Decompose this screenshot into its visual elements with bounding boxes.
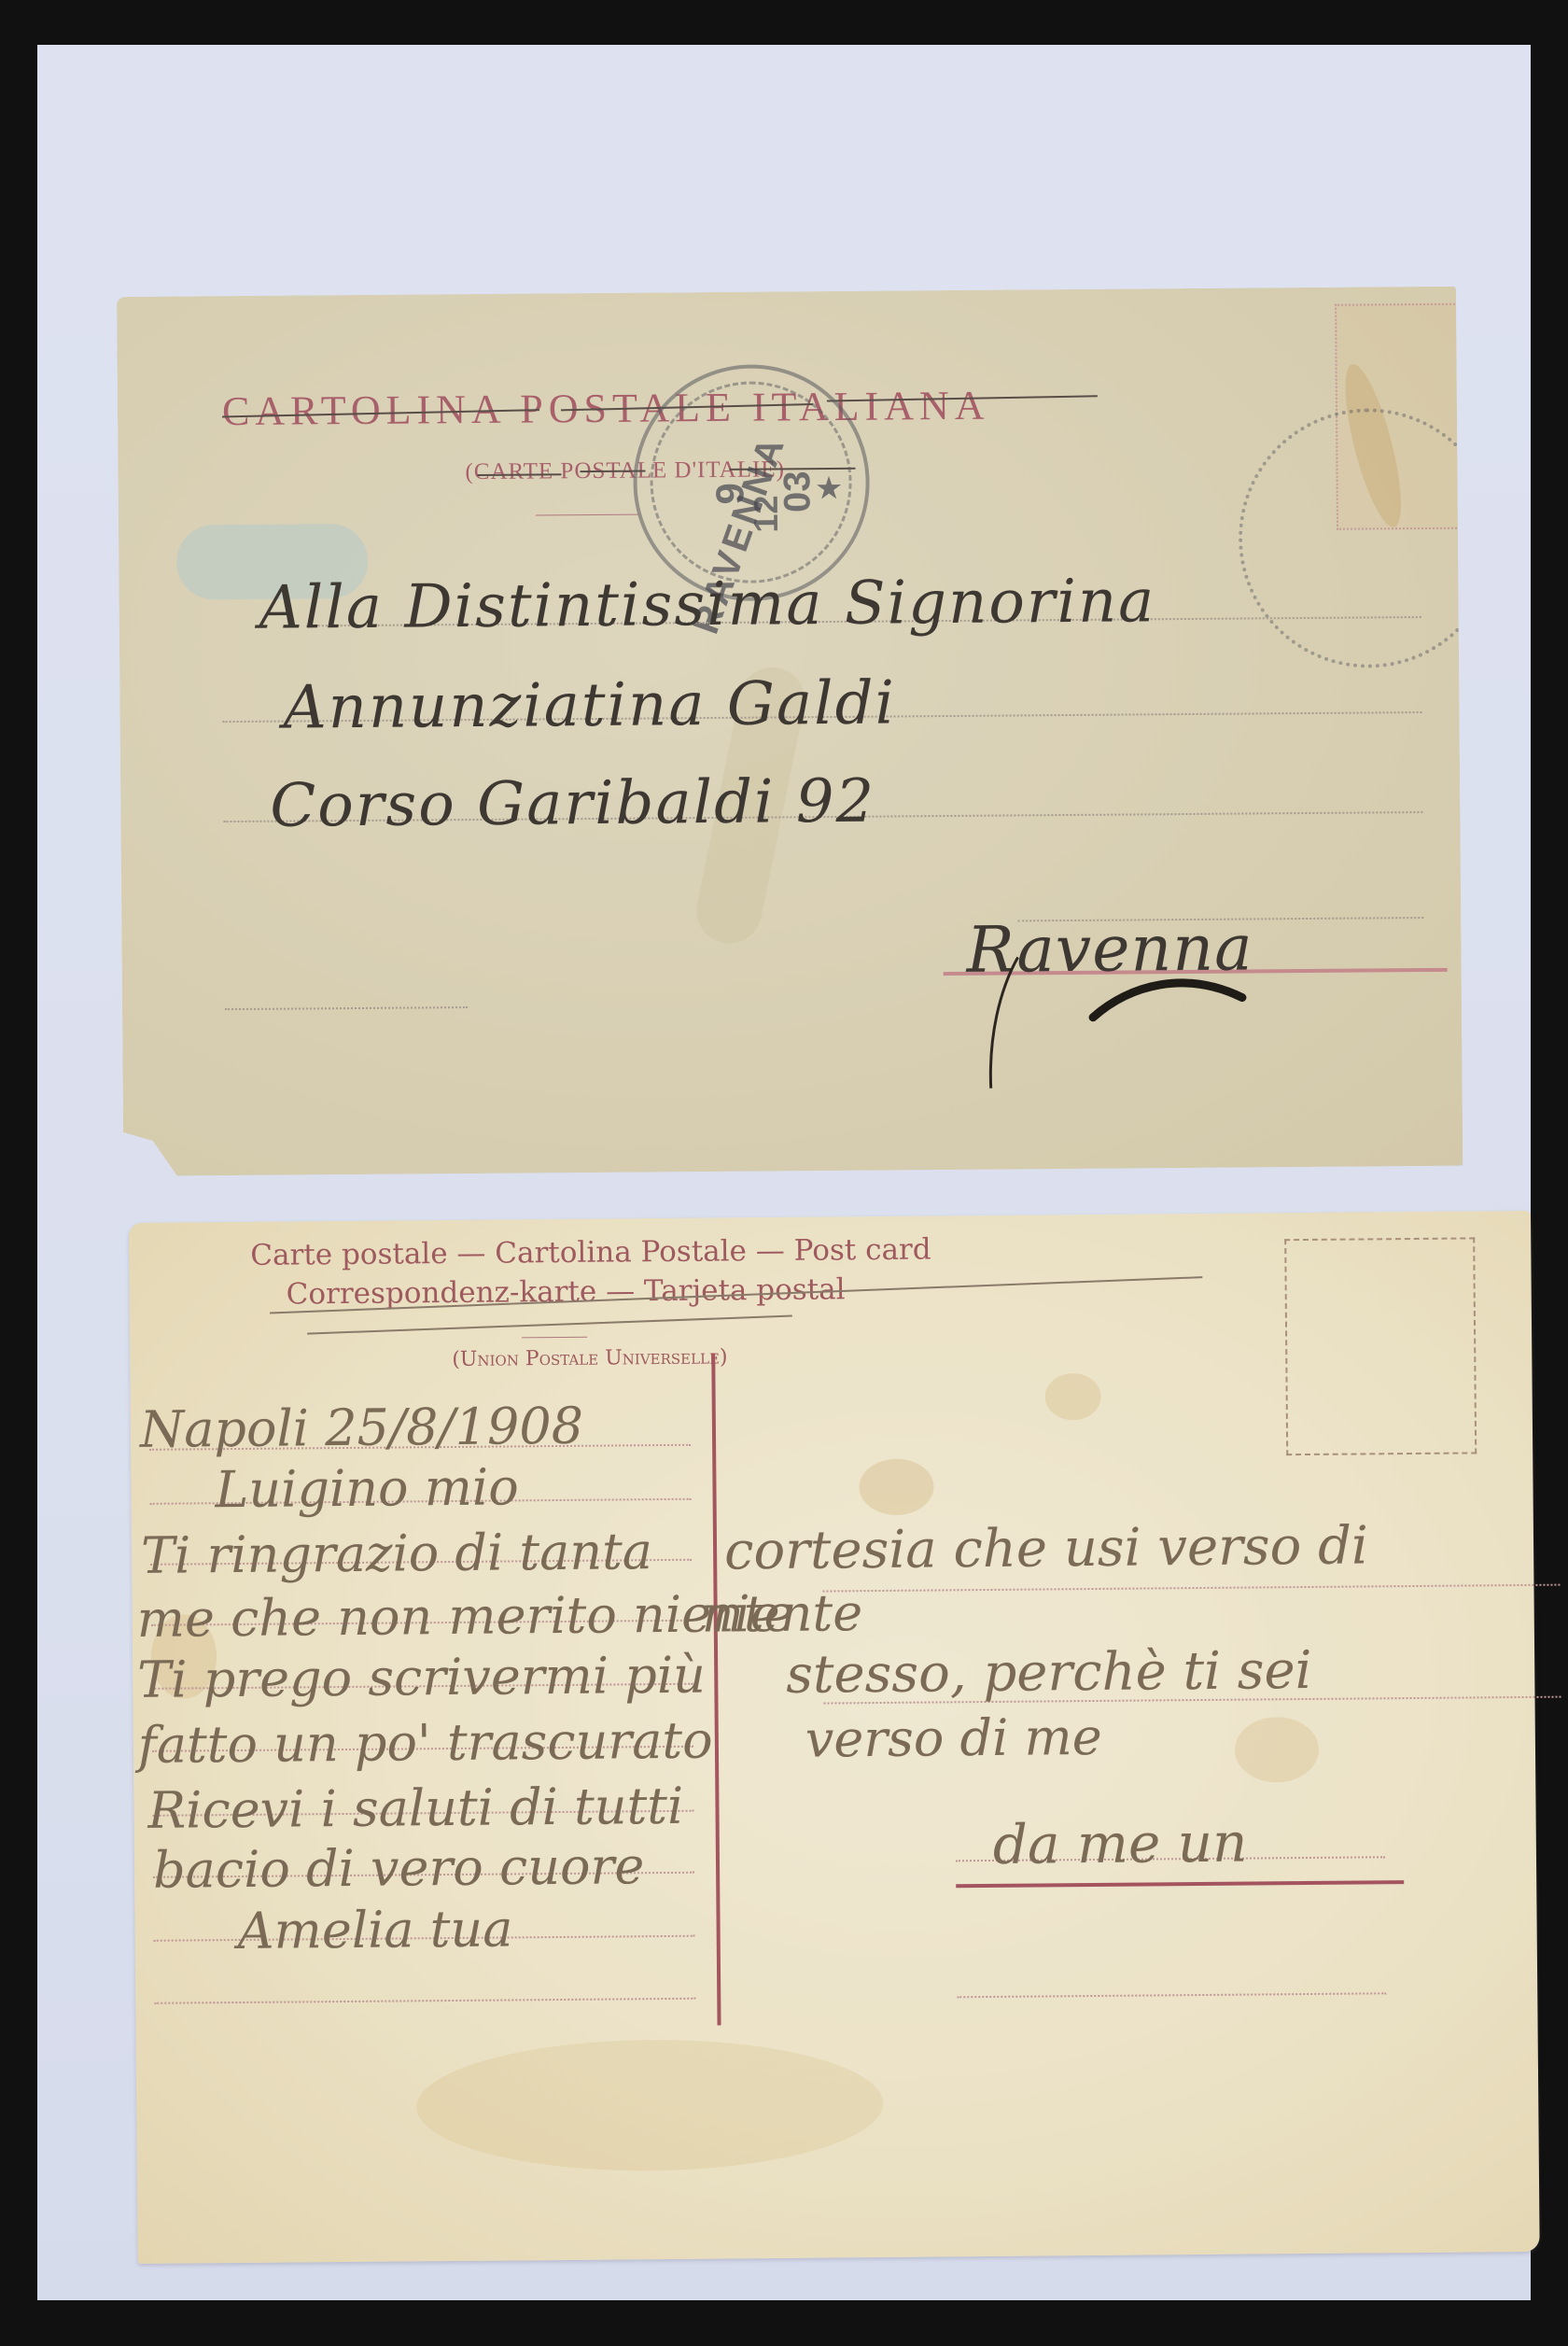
message-right-line-3: stesso, perchè ti sei <box>786 1640 1312 1706</box>
message-left-line-3: Ti ringrazio di tanta <box>141 1522 652 1585</box>
address-line-short <box>225 1006 468 1010</box>
printed-rule-2 <box>522 1337 587 1339</box>
message-left-line-4: me che non merito niente <box>136 1584 793 1649</box>
message-left-line-6: fatto un po' trascurato <box>138 1711 713 1775</box>
message-signature: Amelia tua <box>237 1899 512 1960</box>
message-left-line-7: Ricevi i saluti di tutti <box>147 1777 683 1840</box>
printed-header-line-3: (Union Postale Universelle) <box>452 1345 727 1371</box>
album-page: CARTOLINA POSTALE ITALIANA (CARTE POSTAL… <box>37 45 1531 2300</box>
message-right-line-1: cortesia che usi verso di <box>724 1515 1368 1581</box>
postmark-year: 03 <box>777 471 819 513</box>
message-salutation: Luigino mio <box>215 1457 519 1519</box>
postcard-message-side: Carte postale — Cartolina Postale — Post… <box>129 1211 1540 2264</box>
postcard-address-side: CARTOLINA POSTALE ITALIANA (CARTE POSTAL… <box>117 287 1463 1176</box>
address-line-recipient: Alla Distintissima Signorina <box>259 567 1155 643</box>
printed-header-line-2: Correspondenz-karte — Tarjeta postal <box>287 1272 846 1311</box>
ravenna-postmark: RAVENNA 9 12 03 ★ <box>633 364 871 602</box>
signature-flourish <box>961 931 1392 1093</box>
message-right-line-5: da me un <box>993 1811 1248 1876</box>
address-line-street: Corso Garibaldi 92 <box>270 767 876 841</box>
header-strike-2 <box>307 1315 792 1335</box>
printed-red-rule <box>956 1880 1404 1888</box>
center-divider-line <box>711 1354 721 2026</box>
postmark-star: ★ <box>817 472 842 505</box>
printed-header-line-1: Carte postale — Cartolina Postale — Post… <box>250 1233 931 1272</box>
message-right-line-2: niente <box>701 1583 862 1644</box>
address-line-name: Annunziatina Galdi <box>283 668 896 742</box>
message-right-line-4: verso di me <box>805 1707 1102 1769</box>
message-left-line-5: Ti prego scrivermi più <box>137 1646 706 1709</box>
partial-postmark <box>1238 407 1499 668</box>
stamp-box-empty <box>1284 1237 1477 1455</box>
printed-rule <box>536 514 638 516</box>
message-left-line-8: bacio di vero cuore <box>153 1836 645 1900</box>
message-date-line: Napoli 25/8/1908 <box>140 1397 584 1459</box>
